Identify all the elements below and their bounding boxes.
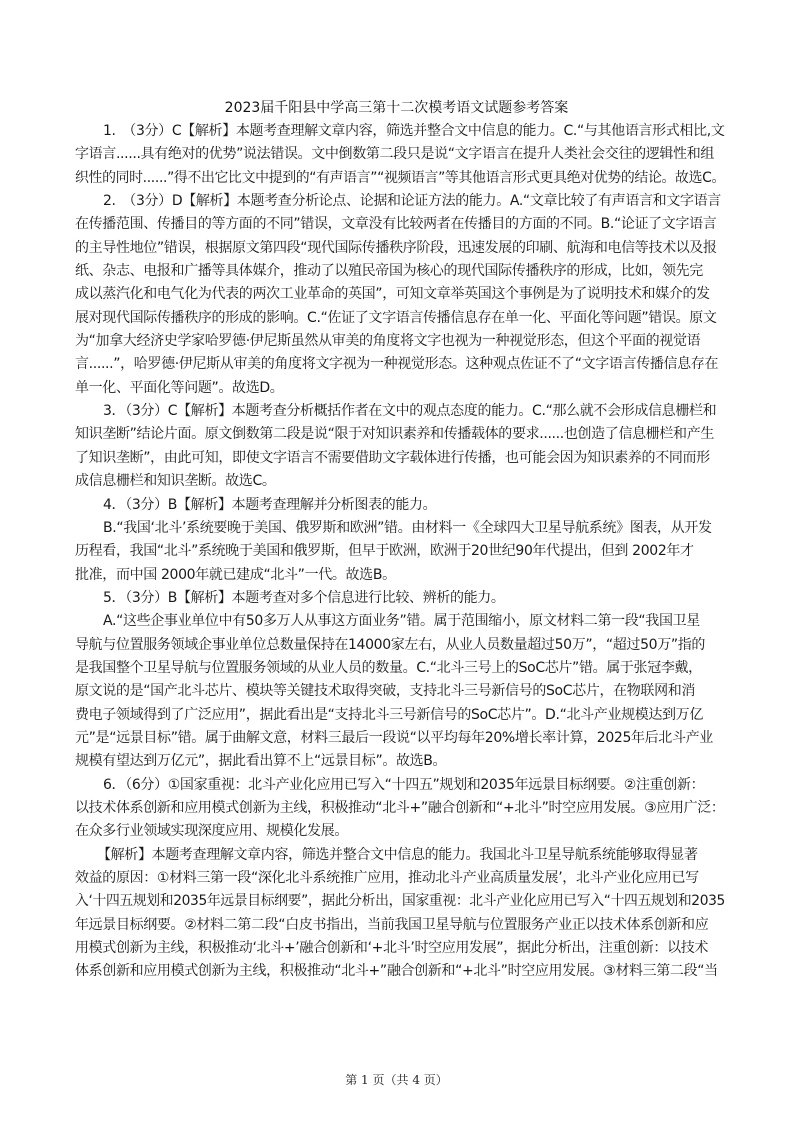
text-line: 4．（3分）B【解析】本题考查理解并分析图表的能力。	[75, 494, 725, 517]
text-line: B.“我国‘北斗’系统要晚于美国、俄罗斯和欧洲”错。由材料一《全球四大卫星导航系…	[75, 517, 725, 540]
document-page: 2023届千阳县中学高三第十二次模考语文试题参考答案 1. （3分）C【解析】本…	[0, 0, 793, 1122]
text-line: 在传播范围、传播目的等方面的不同”错误，文章没有比较两者在传播目的方面的不同。B…	[75, 213, 725, 236]
text-line: 展对现代国际传播秩序的形成的影响。C.“佐证了文字语言传播信息存在单一化、平面化…	[75, 307, 725, 330]
text-line: 规模有望达到万亿元”，据此看出算不上“远景目标”。故选B。	[75, 750, 725, 773]
text-line: 言......”，哈罗德·伊尼斯从审美的角度将文字视为一种视觉形态。这种观点佐证…	[75, 353, 725, 376]
text-line: A.“这些企事业单位中有50多万人从事这方面业务”错。属于范围缩小，原文材料二第…	[75, 610, 725, 633]
text-line: 的主导性地位”错误，根据原文第四段“现代国际传播秩序阶段，迅速发展的印刷、航海和…	[75, 237, 725, 260]
text-line: 历程看，我国“北斗”系统晚于美国和俄罗斯，但早于欧洲，欧洲于20世纪90年代提出…	[75, 540, 725, 563]
text-line: 体系创新和应用模式创新为主线，积极推动“北斗+”融合创新和“+北斗”时空应用发展…	[75, 960, 725, 983]
text-line: 是我国整个卫星导航与位置服务领域的从业人员的数量。C.“北斗三号上的SoC芯片”…	[75, 657, 725, 680]
text-line: 年远景目标纲要。②材料二第二段“白皮书指出，当前我国卫星导航与位置服务产业正以技…	[75, 914, 725, 937]
text-line: 批准，而中国 2000年就已建成“北斗”一代。故选B。	[75, 564, 725, 587]
text-line: 用模式创新为主线，积极推动‘北斗+’融合创新和‘+北斗’时空应用发展”，据此分析…	[75, 937, 725, 960]
text-line: 单一化、平面化等问题”。故选D。	[75, 377, 725, 400]
text-line: 纸、杂志、电报和广播等具体媒介，推动了以殖民帝国为核心的现代国际传播秩序的形成，…	[75, 260, 725, 283]
text-line: 效益的原因：①材料三第一段“深化北斗系统推广应用，推动北斗产业高质量发展’，北斗…	[75, 867, 725, 890]
text-line: 元”是“远景目标”错。属于曲解文意，材料三最后一段说“以平均每年20%增长率计算…	[75, 727, 725, 750]
text-line: 织性的同时......”得不出它比文中提到的“有声语言”“视频语言”等其他语言形…	[75, 167, 720, 190]
text-line: 【解析】本题考查理解文章内容，筛选并整合文中信息的能力。我国北斗卫星导航系统能够…	[75, 844, 725, 867]
page-number-footer: 第 1 页（共 4 页）	[0, 1071, 793, 1088]
text-line: 在众多行业领域实现深度应用、规模化发展。	[75, 820, 725, 843]
text-line: 知识垄断”结论片面。原文倒数第二段是说“限于对知识素养和传播载体的要求.....…	[75, 423, 725, 446]
text-line: 6．（6分）①国家重视：北斗产业化应用已写入“十四五”规划和2035年远景目标纲…	[75, 774, 725, 797]
text-line: 成以蒸汽化和电气化为代表的两次工业革命的英国”，可知文章举英国这个事例是为了说明…	[75, 283, 725, 306]
text-line: 3．（3分）C【解析】本题考查分析概括作者在文中的观点态度的能力。C.“那么就不…	[75, 400, 725, 423]
text-line: 2. （3分）D【解析】本题考查分析论点、论据和论证方法的能力。A.“文章比较了…	[75, 190, 725, 213]
text-line: 5．（3分）B【解析】本题考查对多个信息进行比较、辨析的能力。	[75, 587, 725, 610]
text-line: 为“加拿大经济史学家哈罗德·伊尼斯虽然从审美的角度将文字也视为一种视觉形态，但这…	[75, 330, 725, 353]
text-line: 1. （3分）C【解析】本题考查理解文章内容，筛选并整合文中信息的能力。C.“与…	[75, 120, 725, 143]
text-line: 了知识垄断”，由此可知，即使文字语言不需要借助文字载体进行传播，也可能会因为知识…	[75, 447, 725, 470]
text-line: 字语言......具有绝对的优势”说法错误。文中倒数第二段只是说“文字语言在提升…	[75, 143, 725, 166]
text-line: 导航与位置服务领域企事业单位总数量保持在14000家左右，从业人员数量超过50万…	[75, 634, 725, 657]
document-body: 1. （3分）C【解析】本题考查理解文章内容，筛选并整合文中信息的能力。C.“与…	[75, 120, 725, 984]
text-line: 以技术体系创新和应用模式创新为主线，积极推动“北斗+”融合创新和“+北斗”时空应…	[75, 797, 725, 820]
text-line: 成信息栅栏和知识垄断。故选C。	[75, 470, 725, 493]
text-line: 费电子领域得到了广泛应用”，据此看出是“支持北斗三号新信号的SoC芯片”。D.“…	[75, 704, 725, 727]
document-title: 2023届千阳县中学高三第十二次模考语文试题参考答案	[0, 98, 793, 118]
text-line: 原文说的是“国产北斗芯片、模块等关键技术取得突破，支持北斗三号新信号的SoC芯片…	[75, 680, 725, 703]
text-line: 入‘十四五规划和2035年远景目标纲要”，据此分析出，国家重视：北斗产业化应用已…	[75, 890, 715, 913]
